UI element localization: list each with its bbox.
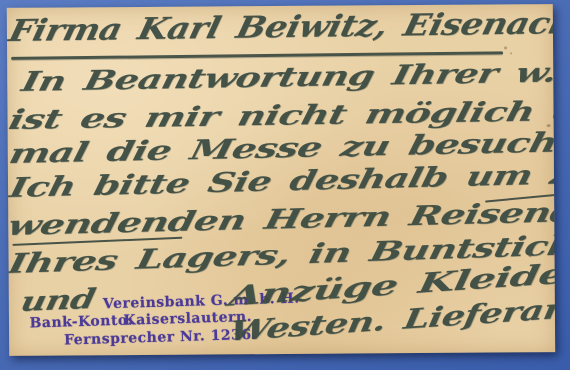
handwriting-line: In Beantwortung Ihrer w. Kte,	[19, 58, 555, 96]
handwriting-line: und	[18, 286, 97, 316]
ink-speck	[510, 52, 512, 54]
ink-speck	[504, 46, 507, 49]
ink-speck	[547, 124, 551, 127]
postcard: Firma Karl Beiwitz, Eisenach. In Beantwo…	[7, 4, 555, 356]
address-underline	[11, 51, 503, 60]
scan-backdrop: { "colors": { "backdrop_blue": "#4a6cb5"…	[0, 0, 570, 370]
address-line: Firma Karl Beiwitz, Eisenach.	[7, 9, 555, 47]
ink-speck	[529, 254, 532, 257]
